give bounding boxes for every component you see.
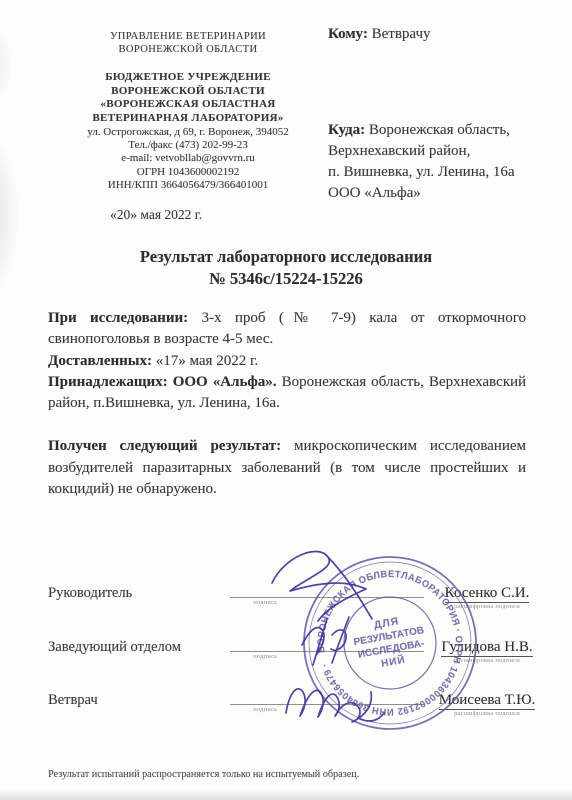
email-line: e-mail: vetvobllab@govvrn.ru (46, 152, 330, 165)
document-title: Результат лабораторного исследования № 5… (0, 246, 572, 290)
where-line-1: Куда: Воронежская область, (328, 120, 548, 141)
where-line-4: ООО «Альфа» (328, 183, 548, 204)
stamp-and-signatures-overlay: ВОРОНЕЖСКАЯ ОБЛВЕТЛАБОРАТОРИЯ · ОГРН 104… (220, 533, 520, 753)
recipient-block: Кому: Ветврачу Куда: Воронежская область… (328, 24, 548, 204)
examined-label: При исследовании: (48, 310, 188, 326)
role-veterinarian: Ветврач (48, 692, 98, 709)
authority-name: УПРАВЛЕНИЕ ВЕТЕРИНАРИИ ВОРОНЕЖСКОЙ ОБЛАС… (46, 30, 330, 56)
institution-line-1: БЮДЖЕТНОЕ УЧРЕЖДЕНИЕ (46, 71, 330, 85)
scan-artifact-left-top (0, 20, 12, 110)
document-date: «20» мая 2022 г. (110, 207, 202, 223)
scan-artifact-bottom (0, 788, 572, 800)
institution-name: БЮДЖЕТНОЕ УЧРЕЖДЕНИЕ ВОРОНЕЖСКОЙ ОБЛАСТИ… (46, 71, 330, 125)
title-line-1: Результат лабораторного исследования (0, 246, 572, 268)
inn-kpp-line: ИНН/КПП 3664056479/366401001 (46, 179, 330, 192)
role-director: Руководитель (48, 585, 132, 602)
phone-line: Тел./факс (473) 202-99-23 (46, 139, 330, 152)
document-page: УПРАВЛЕНИЕ ВЕТЕРИНАРИИ ВОРОНЕЖСКОЙ ОБЛАС… (0, 0, 572, 800)
institution-contacts: ул. Острогожская, д 69, г. Воронеж, 3940… (46, 126, 330, 192)
paragraph-owner: Принадлежащих: ООО «Альфа». Воронежская … (48, 372, 526, 415)
paragraph-delivered: Доставленных: «17» мая 2022 г. (48, 351, 526, 372)
stamp-inner-ring (337, 590, 444, 697)
ogrn-line: ОГРН 1043600002192 (46, 166, 330, 179)
institution-line-4: ВЕТЕРИНАРНАЯ ЛАБОРАТОРИЯ» (46, 112, 330, 126)
institution-line-2: ВОРОНЕЖСКОЙ ОБЛАСТИ (46, 85, 330, 99)
result-label: Получен следующий результат: (48, 438, 281, 454)
sender-letterhead: УПРАВЛЕНИЕ ВЕТЕРИНАРИИ ВОРОНЕЖСКОЙ ОБЛАС… (46, 30, 330, 192)
where-label: Куда: (328, 122, 365, 138)
recipient-to-line: Кому: Ветврачу (328, 24, 548, 45)
delivered-text: «17» мая 2022 г. (156, 353, 258, 369)
owner-name: ООО «Альфа». (173, 374, 277, 390)
delivered-label: Доставленных: (48, 353, 152, 369)
to-value: Ветврачу (372, 26, 431, 42)
paragraph-result: Получен следующий результат: микроскопич… (48, 436, 526, 500)
where-line-2: Верхнехавский район, (328, 141, 548, 162)
title-number: № 5346с/15224-15226 (0, 268, 572, 290)
owner-label: Принадлежащих: (48, 374, 168, 390)
authority-line-2: ВОРОНЕЖСКОЙ ОБЛАСТИ (46, 43, 330, 56)
authority-line-1: УПРАВЛЕНИЕ ВЕТЕРИНАРИИ (46, 30, 330, 43)
document-body: При исследовании: 3-х проб (№ 7-9) кала … (48, 308, 526, 500)
to-label: Кому: (328, 26, 368, 42)
address-line: ул. Острогожская, д 69, г. Воронеж, 3940… (46, 126, 330, 139)
role-department-head: Заведующий отделом (48, 639, 181, 656)
where-line-3: п. Вишневка, ул. Ленина, 16а (328, 162, 548, 183)
paragraph-examined: При исследовании: 3-х проб (№ 7-9) кала … (48, 308, 526, 351)
recipient-address: Куда: Воронежская область, Верхнехавский… (328, 120, 548, 204)
where-value-1: Воронежская область, (369, 122, 510, 138)
footer-disclaimer: Результат испытаний распространяется тол… (48, 769, 359, 780)
institution-line-3: «ВОРОНЕЖСКАЯ ОБЛАСТНАЯ (46, 98, 330, 112)
